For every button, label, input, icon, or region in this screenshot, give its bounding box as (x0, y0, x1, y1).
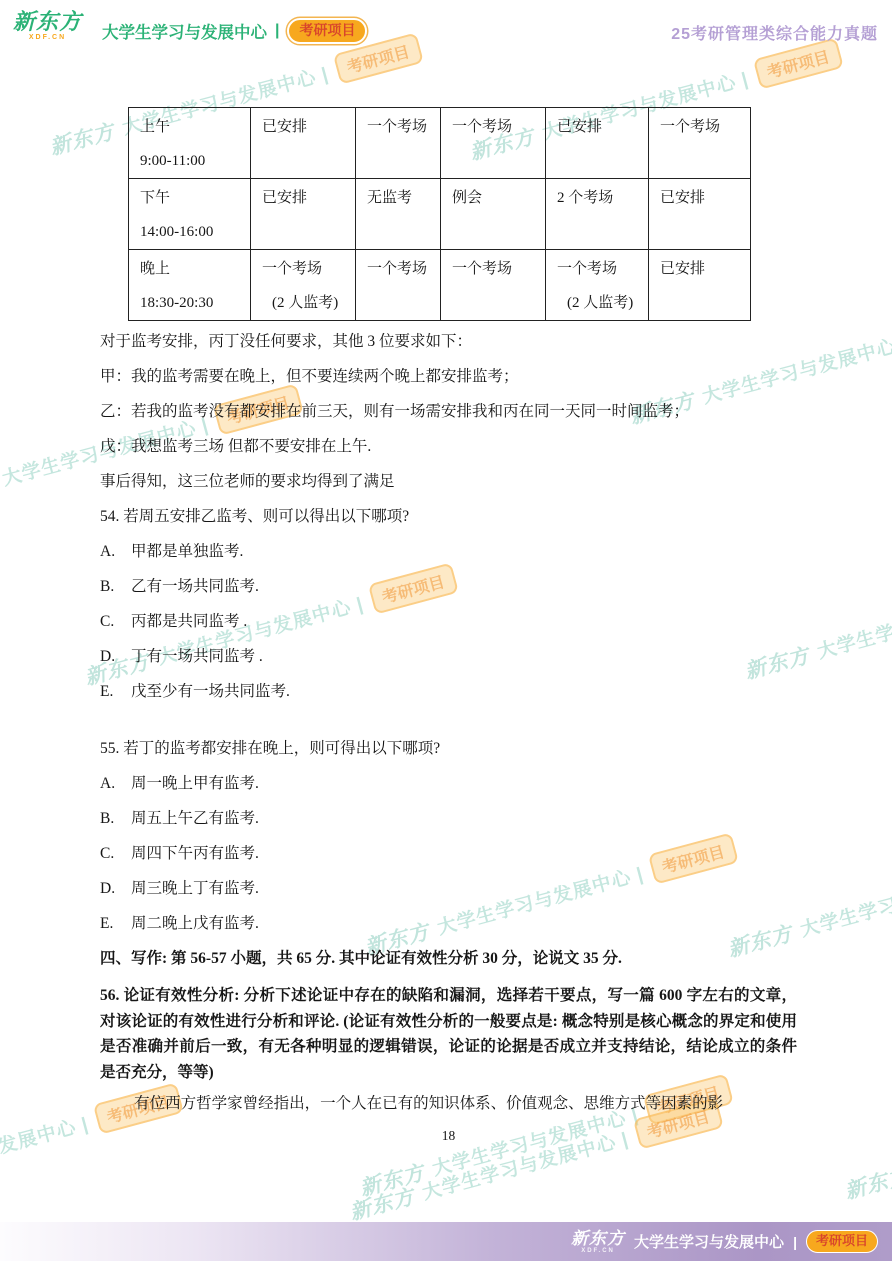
table-cell: 已安排 (546, 108, 649, 179)
condition-line: 戊：我想监考三场 但都不要安排在上午. (100, 436, 797, 458)
footer-program-badge: 考研项目 (806, 1230, 878, 1252)
note-paragraph: 事后得知，这三位老师的要求均得到了满足 (100, 471, 797, 493)
table-cell: 已安排 (649, 250, 751, 321)
footer-logo-subtext: XDF.CN (571, 1248, 625, 1254)
table-cell: 一个考场 (441, 250, 546, 321)
option-label: A. (100, 541, 131, 563)
table-row: 上午9:00-11:00 已安排 一个考场 一个考场 已安排 一个考场 (129, 108, 751, 179)
option-text: 丁有一场共同监考 . (131, 646, 263, 668)
table-cell: 上午9:00-11:00 (129, 108, 251, 179)
option-label: B. (100, 808, 131, 830)
xdf-logo-text: 新东方 (13, 11, 82, 33)
page-footer: 新东方 XDF.CN 大学生学习与发展中心 | 考研项目 (0, 1222, 892, 1261)
schedule-table: 上午9:00-11:00 已安排 一个考场 一个考场 已安排 一个考场 下午14… (128, 107, 751, 321)
header-center-text: 大学生学习与发展中心 (102, 19, 267, 43)
table-row: 下午14:00-16:00 已安排 无监考 例会 2 个考场 已安排 (129, 179, 751, 250)
table-cell: 一个考场 (649, 108, 751, 179)
header-program-badge: 考研项目 (287, 18, 367, 44)
table-cell: 一个考场 (356, 250, 441, 321)
xdf-logo: 新东方 XDF.CN (13, 11, 82, 41)
q55-option-c: C. 周四下午丙有监考. (100, 843, 797, 865)
option-text: 戊至少有一场共同监考. (131, 681, 290, 703)
writing-section-header: 四、写作: 第 56-57 小题，共 65 分. 其中论证有效性分析 30 分，… (100, 948, 797, 970)
intro-paragraph: 对于监考安排，丙丁没任何要求，其他 3 位要求如下： (100, 331, 797, 353)
option-label: E. (100, 913, 131, 935)
table-cell: 已安排 (649, 179, 751, 250)
option-label: A. (100, 773, 131, 795)
q56-body-paragraph: 有位西方哲学家曾经指出，一个人在已有的知识体系、价值观念、思维方式等因素的影 (100, 1093, 797, 1115)
header-center: 大学生学习与发展中心 | 考研项目 (102, 18, 367, 44)
option-text: 周四下午丙有监考. (131, 843, 259, 865)
footer-divider: | (793, 1234, 797, 1250)
q54-option-c: C. 丙都是共同监考 . (100, 611, 797, 633)
q54-option-b: B. 乙有一场共同监考. (100, 576, 797, 598)
condition-line: 乙：若我的监考没有都安排在前三天，则有一场需安排我和丙在同一天同一时间监考； (100, 401, 797, 423)
document-body: 上午9:00-11:00 已安排 一个考场 一个考场 已安排 一个考场 下午14… (0, 0, 892, 1261)
option-text: 周一晚上甲有监考. (131, 773, 259, 795)
option-text: 甲都是单独监考. (131, 541, 243, 563)
page-number: 18 (100, 1128, 797, 1144)
table-cell: 下午14:00-16:00 (129, 179, 251, 250)
table-cell: 已安排 (251, 108, 356, 179)
table-row: 晚上18:30-20:30 一个考场(2 人监考) 一个考场 一个考场 一个考场… (129, 250, 751, 321)
condition-line: 甲：我的监考需要在晚上，但不要连续两个晚上都安排监考； (100, 366, 797, 388)
option-label: C. (100, 843, 131, 865)
table-cell: 例会 (441, 179, 546, 250)
option-label: E. (100, 681, 131, 703)
option-label: C. (100, 611, 131, 633)
page-header: 新东方 XDF.CN 大学生学习与发展中心 | 考研项目 25考研管理类综合能力… (0, 0, 892, 58)
option-text: 周五上午乙有监考. (131, 808, 259, 830)
table-cell: 无监考 (356, 179, 441, 250)
xdf-logo-subtext: XDF.CN (13, 34, 82, 41)
q54-stem: 54. 若周五安排乙监考、则可以得出以下哪项? (100, 506, 797, 528)
q55-option-a: A. 周一晚上甲有监考. (100, 773, 797, 795)
option-text: 周二晚上戊有监考. (131, 913, 259, 935)
table-cell: 一个考场(2 人监考) (251, 250, 356, 321)
q54-option-d: D. 丁有一场共同监考 . (100, 646, 797, 668)
q55-option-d: D. 周三晚上丁有监考. (100, 878, 797, 900)
header-divider: | (275, 22, 279, 40)
option-label: D. (100, 878, 131, 900)
table-cell: 一个考场 (356, 108, 441, 179)
table-cell: 已安排 (251, 179, 356, 250)
q55-stem: 55. 若丁的监考都安排在晚上，则可得出以下哪项? (100, 738, 797, 760)
option-text: 乙有一场共同监考. (131, 576, 259, 598)
header-right-title: 25考研管理类综合能力真题 (671, 21, 878, 44)
footer-center-text: 大学生学习与发展中心 (634, 1231, 784, 1252)
q56-paragraph: 56. 论证有效性分析: 分析下述论证中存在的缺陷和漏洞，选择若干要点，写一篇 … (100, 983, 797, 1085)
table-cell: 一个考场 (441, 108, 546, 179)
option-text: 丙都是共同监考 . (131, 611, 247, 633)
footer-xdf-logo: 新东方 XDF.CN (571, 1230, 625, 1254)
option-text: 周三晚上丁有监考. (131, 878, 259, 900)
question-text-block: 对于监考安排，丙丁没任何要求，其他 3 位要求如下： 甲：我的监考需要在晚上，但… (100, 331, 797, 1144)
footer-logo-text: 新东方 (571, 1230, 625, 1247)
table-cell: 一个考场(2 人监考) (546, 250, 649, 321)
option-label: B. (100, 576, 131, 598)
table-cell: 晚上18:30-20:30 (129, 250, 251, 321)
q55-option-b: B. 周五上午乙有监考. (100, 808, 797, 830)
q54-option-e: E. 戊至少有一场共同监考. (100, 681, 797, 703)
q54-option-a: A. 甲都是单独监考. (100, 541, 797, 563)
table-cell: 2 个考场 (546, 179, 649, 250)
q55-option-e: E. 周二晚上戊有监考. (100, 913, 797, 935)
exam-document-page: 新东方大学生学习与发展中心 |考研项目新东方大学生学习与发展中心 |考研项目新东… (0, 0, 892, 1261)
option-label: D. (100, 646, 131, 668)
